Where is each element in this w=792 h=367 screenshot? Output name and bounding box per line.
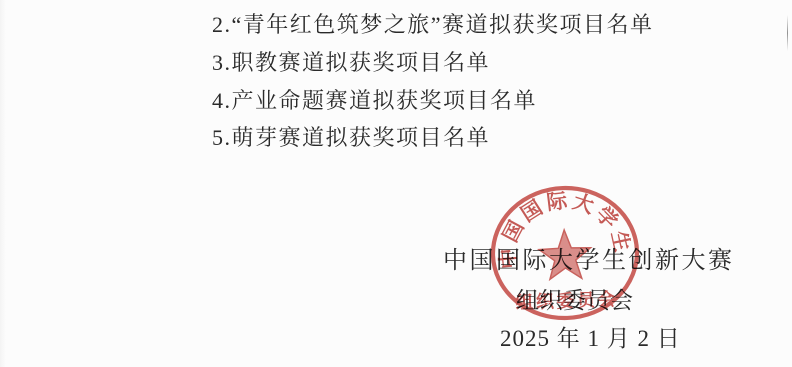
official-seal-stamp: 中国国际大学生创新大赛 组织委员会	[483, 180, 648, 327]
seal-star-icon	[538, 229, 591, 280]
list-item-4: 4.产业命题赛道拟获奖项目名单	[212, 84, 537, 115]
list-item-2: 2.“青年红色筑梦之旅”赛道拟获奖项目名单	[212, 8, 654, 39]
seal-bottom-text: 组织委员会	[515, 288, 618, 313]
list-item-5: 5.萌芽赛道拟获奖项目名单	[212, 121, 490, 152]
document-page: 2.“青年红色筑梦之旅”赛道拟获奖项目名单 3.职教赛道拟获奖项目名单 4.产业…	[0, 0, 792, 367]
scan-artifact-line	[787, 15, 788, 51]
list-item-3: 3.职教赛道拟获奖项目名单	[212, 46, 490, 77]
